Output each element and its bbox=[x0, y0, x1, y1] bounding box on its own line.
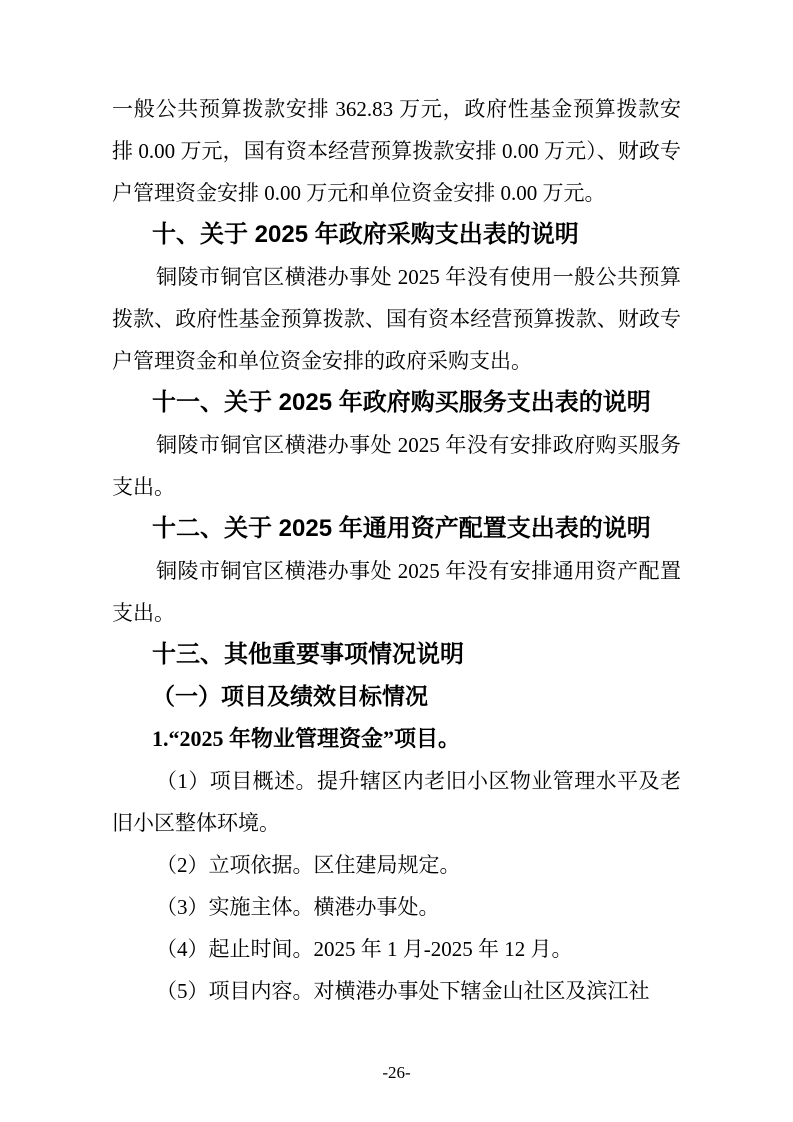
paragraph-section-10: 铜陵市铜官区横港办事处 2025 年没有使用一般公共预算拨款、政府性基金预算拨款… bbox=[112, 256, 681, 382]
document-page: { "document": { "blocks": [ { "type": "p… bbox=[0, 0, 793, 1122]
page-number: -26- bbox=[0, 1058, 793, 1088]
paragraph-project-basis: （2）立项依据。区住建局规定。 bbox=[112, 844, 681, 886]
item-heading-property-management-fund: 1.“2025 年物业管理资金”项目。 bbox=[112, 718, 681, 760]
paragraph-section-11: 铜陵市铜官区横港办事处 2025 年没有安排政府购买服务支出。 bbox=[112, 424, 681, 508]
sub-heading-project-performance: （一）项目及绩效目标情况 bbox=[112, 676, 681, 718]
paragraph-project-content: （5）项目内容。对横港办事处下辖金山社区及滨江社 bbox=[112, 970, 681, 1012]
section-heading-10: 十、关于 2025 年政府采购支出表的说明 bbox=[112, 214, 681, 256]
paragraph-project-implementer: （3）实施主体。横港办事处。 bbox=[112, 886, 681, 928]
paragraph-continuation: 一般公共预算拨款安排 362.83 万元，政府性基金预算拨款安排 0.00 万元… bbox=[112, 88, 681, 214]
page-body: 一般公共预算拨款安排 362.83 万元，政府性基金预算拨款安排 0.00 万元… bbox=[112, 88, 681, 1012]
section-heading-12: 十二、关于 2025 年通用资产配置支出表的说明 bbox=[112, 508, 681, 550]
paragraph-project-overview: （1）项目概述。提升辖区内老旧小区物业管理水平及老旧小区整体环境。 bbox=[112, 760, 681, 844]
section-heading-13: 十三、其他重要事项情况说明 bbox=[112, 634, 681, 676]
paragraph-section-12: 铜陵市铜官区横港办事处 2025 年没有安排通用资产配置支出。 bbox=[112, 550, 681, 634]
paragraph-project-timeframe: （4）起止时间。2025 年 1 月-2025 年 12 月。 bbox=[112, 928, 681, 970]
section-heading-11: 十一、关于 2025 年政府购买服务支出表的说明 bbox=[112, 382, 681, 424]
